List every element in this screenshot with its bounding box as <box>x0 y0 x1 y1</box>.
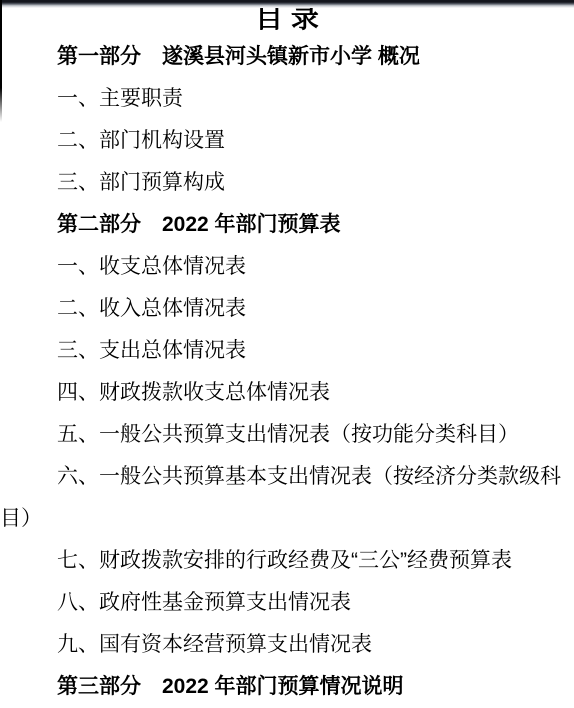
toc-item: 二、部门机构设置 <box>0 120 572 162</box>
toc-item: 五、一般公共预算支出情况表（按功能分类科目） <box>0 414 572 456</box>
toc-item: 九、国有资本经营预算支出情况表 <box>0 624 572 666</box>
toc-item: 一、收支总体情况表 <box>0 246 572 288</box>
toc-item: 二、收入总体情况表 <box>0 288 572 330</box>
document-page: 目 录 第一部分 遂溪县河头镇新市小学 概况一、主要职责二、部门机构设置三、部门… <box>0 0 574 708</box>
toc-item: 八、政府性基金预算支出情况表 <box>0 582 572 624</box>
toc-item: 四、财政拨款收支总体情况表 <box>0 372 572 414</box>
toc-item: 三、支出总体情况表 <box>0 330 572 372</box>
page-top-scan-edge <box>0 0 574 8</box>
toc-item: 七、财政拨款安排的行政经费及“三公”经费预算表 <box>0 540 572 582</box>
toc-section-heading: 第二部分 2022 年部门预算表 <box>0 204 572 246</box>
toc-item: 三、部门预算构成 <box>0 162 572 204</box>
toc-section-heading: 第三部分 2022 年部门预算情况说明 <box>0 666 572 708</box>
table-of-contents: 第一部分 遂溪县河头镇新市小学 概况一、主要职责二、部门机构设置三、部门预算构成… <box>0 36 574 708</box>
toc-section-heading: 第一部分 遂溪县河头镇新市小学 概况 <box>0 36 572 78</box>
toc-item: 六、一般公共预算基本支出情况表（按经济分类款级科目） <box>0 456 572 540</box>
page-left-scan-edge <box>0 0 2 122</box>
toc-item: 一、主要职责 <box>0 78 572 120</box>
